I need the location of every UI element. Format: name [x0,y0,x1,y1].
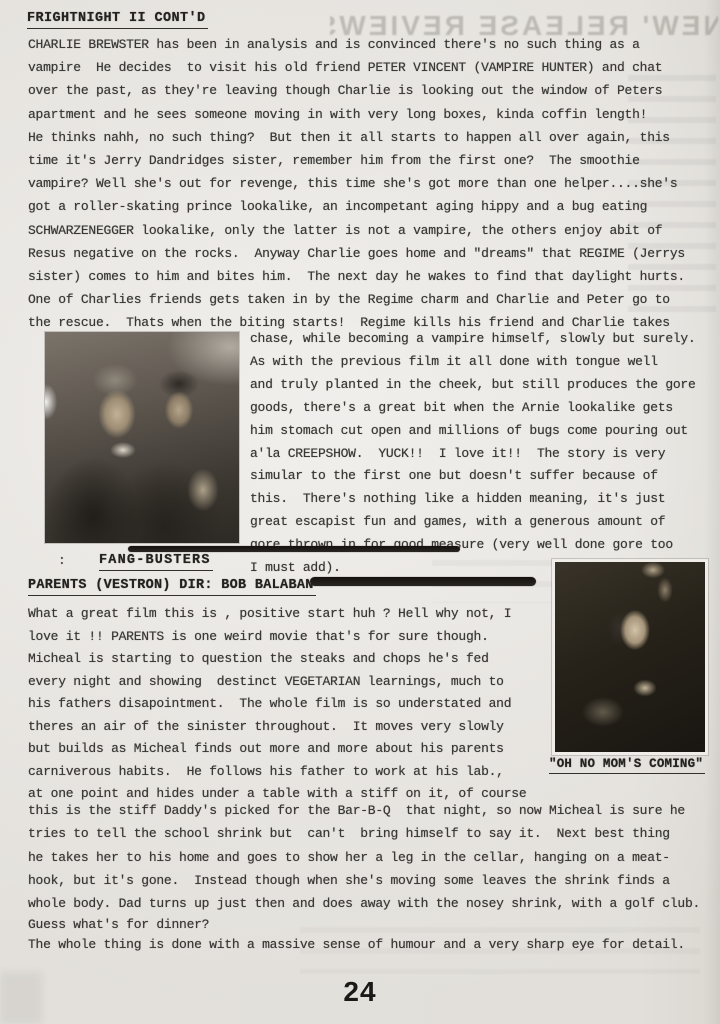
page-number: 24 [323,976,397,1008]
text-line: simular to the first one but doesn't suf… [250,465,696,488]
text-line: a'la CREEPSHOW. YUCK!! I love it!! The s… [250,443,696,466]
article-title: FRIGHTNIGHT II CONT'D [27,11,208,29]
marker-rule [310,577,536,586]
photo-caption-fangbusters: FANG-BUSTERS [99,553,213,571]
text-line: but builds as Micheal finds out more and… [28,738,526,761]
photo-caption-oh-no-moms-coming: "OH NO MOM'S COMING" [549,757,705,774]
text-line: this is the stiff Daddy's picked for the… [28,799,700,822]
text-line: tries to tell the school shrink but can'… [28,822,700,845]
photo-parents-still [552,559,708,755]
frightnight-wrapped-column: chase, while becoming a vampire himself,… [250,328,696,580]
photo-fangbusters-still [45,332,239,543]
parents-paragraph-closing: Guess what's for dinner? The whole thing… [28,915,685,956]
text-line: goods, there's a great bit when the Arni… [250,397,696,420]
text-line: apartment and he sees someone moving in … [28,103,685,126]
text-line: The whole thing is done with a massive s… [28,935,685,955]
caption-colon-mark: : [58,553,66,568]
text-line: vampire? Well she's out for revenge, thi… [28,172,685,195]
photo-parents-image [555,562,705,752]
text-line: and truly planted in the cheek, but stil… [250,374,696,397]
ink-rule [128,546,460,552]
text-line: SCHWARZENEGGER lookalike, only the latte… [28,219,685,242]
text-line: over the past, as they're leaving though… [28,79,685,102]
text-line: hook, but it's gone. Instead though when… [28,869,700,892]
text-line: him stomach cut open and millions of bug… [250,420,696,443]
text-line: love it !! PARENTS is one weird movie th… [28,626,526,649]
text-line: he takes her to his home and goes to sho… [28,846,700,869]
zine-page: 'NEW' RELEASE REVIEWS FRIGHTNIGHT II CON… [0,0,720,1024]
text-line: He thinks nahh, no such thing? But then … [28,126,685,149]
frightnight-paragraph: CHARLIE BREWSTER has been in analysis an… [28,33,685,335]
text-line: great escapist fun and games, with a gen… [250,511,696,534]
text-line: One of Charlies friends gets taken in by… [28,288,685,311]
text-line: sister) comes to him and bites him. The … [28,265,685,288]
text-line: carniverous habits. He follows his fathe… [28,761,526,784]
text-line: his fathers disapointment. The whole fil… [28,693,526,716]
text-line: every night and showing destinct VEGETAR… [28,671,526,694]
text-line: Guess what's for dinner? [28,915,685,935]
text-line: Resus negative on the rocks. Anyway Char… [28,242,685,265]
scan-edge-shadow [704,0,720,1024]
parents-paragraph-wide: this is the stiff Daddy's picked for the… [28,799,700,915]
text-line: whole body. Dad turns up just then and d… [28,892,700,915]
text-line: What a great film this is , positive sta… [28,603,526,626]
text-line: chase, while becoming a vampire himself,… [250,328,696,351]
text-line: CHARLIE BREWSTER has been in analysis an… [28,33,685,56]
text-line: got a roller-skating prince lookalike, a… [28,195,685,218]
text-line: theres an air of the sinister throughout… [28,716,526,739]
text-line: Micheal is starting to question the stea… [28,648,526,671]
text-line: this. There's nothing like a hidden mean… [250,488,696,511]
parents-review-heading: PARENTS (VESTRON) DIR: BOB BALABAN [28,578,316,596]
text-line: time it's Jerry Dandridges sister, remem… [28,149,685,172]
text-line: As with the previous film it all done wi… [250,351,696,374]
text-line: vampire He decides to visit his old frie… [28,56,685,79]
parents-paragraph-narrow: What a great film this is , positive sta… [28,603,526,806]
scan-smudge [0,972,42,1024]
